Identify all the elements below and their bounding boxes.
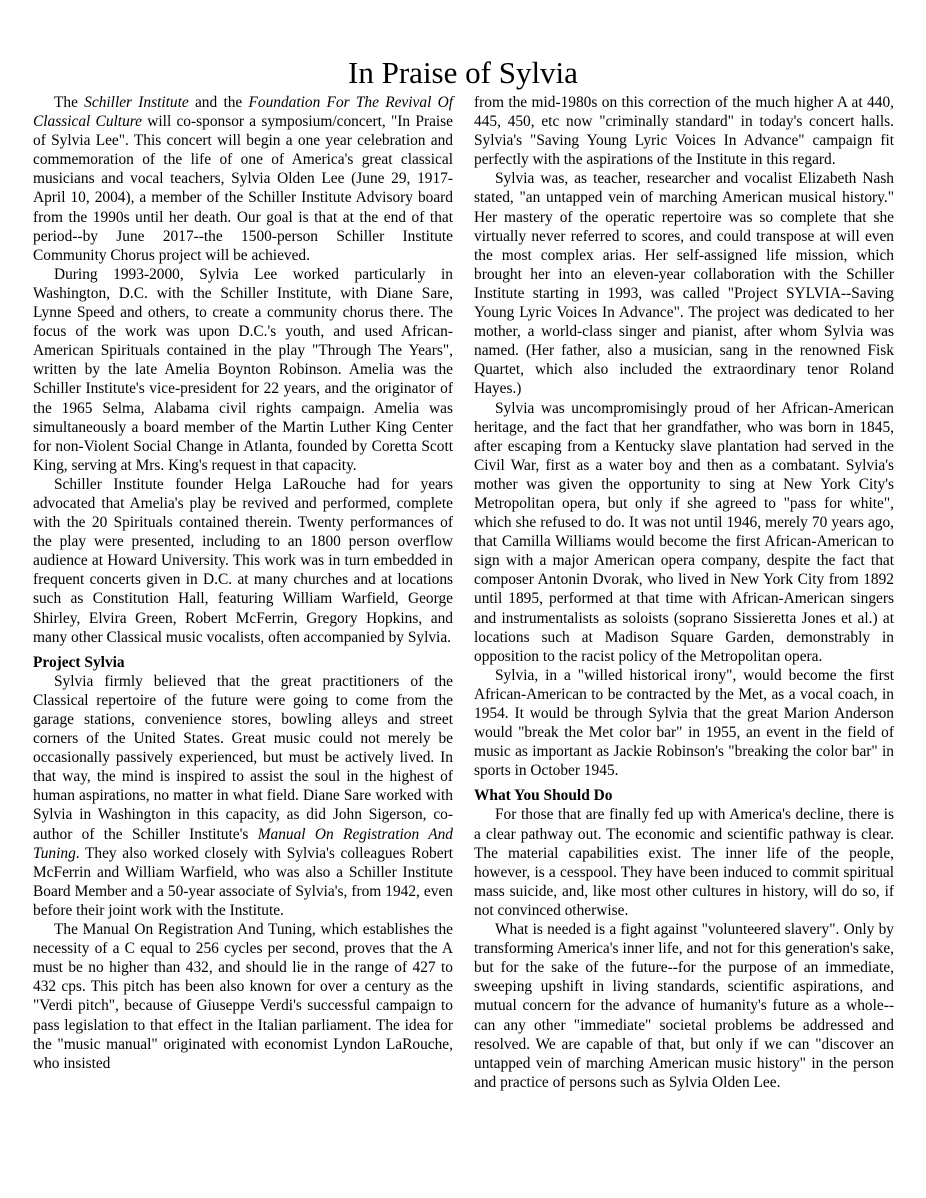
- paragraph-washington-chorus: During 1993-2000, Sylvia Lee worked part…: [33, 265, 453, 475]
- paragraph-volunteered-slavery: What is needed is a fight against "volun…: [474, 920, 894, 1092]
- paragraph-elizabeth-nash: Sylvia was, as teacher, researcher and v…: [474, 169, 894, 398]
- paragraph-intro: The Schiller Institute and the Foundatio…: [33, 93, 453, 265]
- section-heading-what-you-should-do: What You Should Do: [474, 786, 894, 805]
- text-run: and the: [189, 94, 249, 111]
- paragraph-heritage: Sylvia was uncompromisingly proud of her…: [474, 399, 894, 666]
- left-column: The Schiller Institute and the Foundatio…: [33, 93, 453, 1073]
- page-title: In Praise of Sylvia: [0, 55, 926, 91]
- text-run: . They also worked closely with Sylvia's…: [33, 845, 453, 919]
- text-run: will co-sponsor a symposium/concert, "In…: [33, 113, 453, 264]
- paragraph-manual-tuning: The Manual On Registration And Tuning, w…: [33, 920, 453, 1073]
- right-column: from the mid-1980s on this correction of…: [474, 93, 894, 1092]
- paragraph-pathway-out: For those that are finally fed up with A…: [474, 805, 894, 920]
- paragraph-met-color-bar: Sylvia, in a "willed historical irony", …: [474, 666, 894, 781]
- paragraph-project-sylvia: Sylvia firmly believed that the great pr…: [33, 672, 453, 920]
- paragraph-helga-larouche: Schiller Institute founder Helga LaRouch…: [33, 475, 453, 647]
- section-heading-project-sylvia: Project Sylvia: [33, 653, 453, 672]
- paragraph-manual-tuning-continued: from the mid-1980s on this correction of…: [474, 93, 894, 169]
- text-run: The: [54, 94, 84, 111]
- document-page: In Praise of Sylvia The Schiller Institu…: [0, 0, 926, 1198]
- text-run: Sylvia firmly believed that the great pr…: [33, 673, 453, 843]
- italic-schiller-institute: Schiller Institute: [84, 94, 189, 111]
